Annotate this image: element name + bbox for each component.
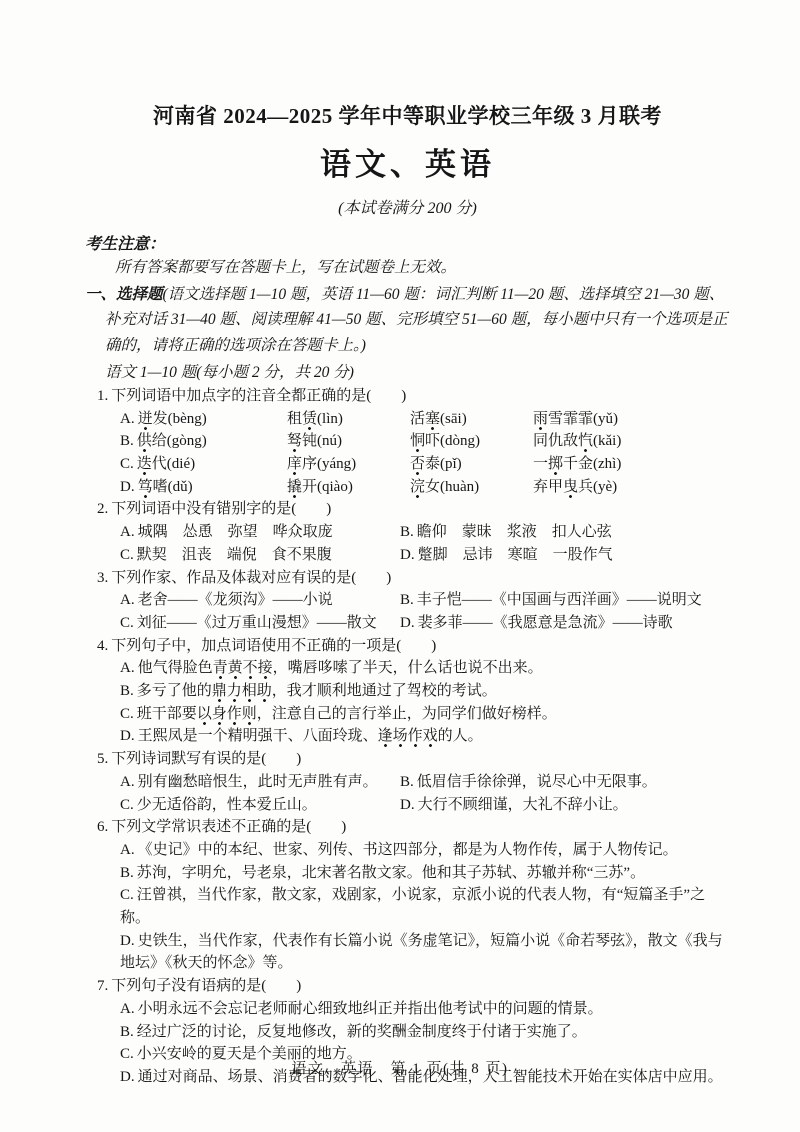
option-c: C.班干部要以身作则，注意自己的言行举止，为同学们做好榜样。: [85, 703, 730, 726]
option-label: B.: [400, 524, 414, 540]
option-row: A.迸发(bèng)租赁(lìn)活塞(sāi)雨雪霏霏(yǔ): [85, 408, 730, 431]
page-footer: 语文、英语 第 1 页(共 8 页): [0, 1058, 800, 1081]
emphasized-text: 赁: [302, 411, 317, 431]
text-run: 序(yáng): [302, 456, 356, 472]
option-c: C.少无适俗韵，性本爱丘山。: [120, 794, 400, 817]
question-stem: 5.下列诗词默写有误的是( ): [85, 748, 730, 771]
option-row: C.刘征——《过万重山漫想》——散文D.裴多菲——《我愿意是急流》——诗歌: [85, 612, 730, 635]
text-run: ，嘴唇哆嗦了半天，什么话也说不出来。: [273, 660, 543, 676]
exam-title: 河南省 2024—2025 学年中等职业学校三年级 3 月联考: [85, 103, 730, 129]
option-c: C.默契 沮丧 端倪 食不果腹: [120, 544, 400, 567]
option-label: C.: [120, 706, 134, 722]
text-run: 经过广泛的讨论，反复地修改，新的奖酬金制度终于付诸于实施了。: [137, 1024, 587, 1040]
option-label: B.: [120, 683, 134, 699]
text-run: 弃甲: [533, 479, 563, 495]
question-stem: 6.下列文学常识表述不正确的是( ): [85, 816, 730, 839]
emphasized-text: 青黄不接: [213, 660, 273, 680]
emphasized-text: 浣: [410, 479, 425, 499]
question-stem-text: 下列词语中加点字的注音全都正确的是( ): [111, 388, 406, 404]
text-run: 嗜(dǔ): [153, 479, 193, 495]
question-2: 2.下列词语中没有错别字的是( )A.城隅 怂恿 弥望 哗众取庞B.瞻仰 蒙昧 …: [85, 498, 730, 566]
emphasized-text: 撬: [287, 479, 302, 499]
option-a: A.小明永远不会忘记老师耐心细致地纠正并指出他考试中的问题的情景。: [85, 998, 730, 1021]
text-run: ，注意自己的言行举止，为同学们做好榜样。: [257, 706, 557, 722]
emphasized-text: 迭: [137, 456, 152, 476]
text-run: 苏洵，字明允，号老泉，北宋著名散文家。他和其子苏轼、苏辙并称“三苏”。: [137, 865, 645, 881]
option-label: D.: [120, 933, 135, 949]
option-row: A.老舍——《龙须沟》——小说B.丰子恺——《中国画与西洋画》——说明文: [85, 589, 730, 612]
subject-title: 语文、英语: [85, 145, 730, 185]
option-label: A.: [120, 660, 135, 676]
question-stem: 3.下列作家、作品及体裁对应有误的是( ): [85, 567, 730, 590]
text-run: 蹩脚 忌讳 寒暄 一股作气: [418, 547, 613, 563]
option-label: B.: [400, 774, 414, 790]
text-run: 泰(pǐ): [425, 456, 462, 472]
question-list: 1.下列词语中加点字的注音全都正确的是( )A.迸发(bèng)租赁(lìn)活…: [85, 385, 730, 1089]
question-4: 4.下列句子中，加点词语使用不正确的一项是( )A.他气得脸色青黄不接，嘴唇哆嗦…: [85, 635, 730, 749]
text-run: 千金(zhì): [563, 456, 621, 472]
option-d: D.大行不顾细谨，大礼不辞小让。: [400, 794, 730, 817]
question-number: 2.: [97, 501, 108, 517]
text-run: 低眉信手徐徐弹，说尽心中无限事。: [417, 774, 657, 790]
option-cell: 一掷千金(zhì): [533, 453, 730, 476]
emphasized-text: 忾: [578, 433, 593, 453]
question-stem-text: 下列句子中，加点词语使用不正确的一项是( ): [111, 638, 436, 654]
section-1-rules: (语文选择题 1—10 题，英语 11—60 题：词汇判断 11—20 题、选择…: [105, 286, 728, 354]
question-6: 6.下列文学常识表述不正确的是( )A.《史记》中的本纪、世家、列传、书这四部分…: [85, 816, 730, 975]
question-number: 7.: [97, 978, 108, 994]
question-stem-text: 下列句子没有语病的是( ): [111, 978, 301, 994]
option-cell: 庠序(yáng): [287, 453, 410, 476]
option-row: C.少无适俗韵，性本爱丘山。D.大行不顾细谨，大礼不辞小让。: [85, 794, 730, 817]
emphasized-text: 供: [137, 433, 152, 453]
text-run: 裴多菲——《我愿意是急流》——诗歌: [418, 615, 673, 631]
text-run: 给(gòng): [152, 433, 207, 449]
question-number: 3.: [97, 570, 108, 586]
option-label: C.: [120, 887, 134, 903]
text-run: (kǎi): [593, 433, 621, 449]
option-d: D.王熙凤是一个精明强干、八面玲珑、逢场作戏的人。: [85, 725, 730, 748]
option-a: A.他气得脸色青黄不接，嘴唇哆嗦了半天，什么话也说不出来。: [85, 657, 730, 680]
text-run: 同仇敌: [533, 433, 578, 449]
question-stem: 2.下列词语中没有错别字的是( ): [85, 498, 730, 521]
option-label: B.: [120, 433, 134, 449]
option-label: B.: [120, 865, 134, 881]
emphasized-text: 鼎力相助: [212, 683, 272, 703]
option-label: D.: [400, 797, 415, 813]
question-stem-text: 下列词语中没有错别字的是( ): [111, 501, 331, 517]
text-run: 活: [410, 411, 425, 427]
notice-heading: 考生注意：: [85, 233, 730, 256]
option-label: D.: [400, 615, 415, 631]
emphasized-text: 否: [410, 456, 425, 476]
emphasized-text: 驽: [287, 433, 302, 453]
option-label: A.: [120, 592, 135, 608]
text-run: 发(bèng): [153, 411, 207, 427]
question-stem-text: 下列作家、作品及体裁对应有误的是( ): [111, 570, 391, 586]
option-row: C.迭代(dié)庠序(yáng)否泰(pǐ)一掷千金(zhì): [85, 453, 730, 476]
text-run: 他气得脸色: [138, 660, 213, 676]
section-1-intro: 一、选择题(语文选择题 1—10 题，英语 11—60 题：词汇判断 11—20…: [85, 282, 730, 358]
exam-page: 河南省 2024—2025 学年中等职业学校三年级 3 月联考 语文、英语 (本…: [0, 0, 800, 1132]
option-cell: A.迸发(bèng): [120, 408, 287, 431]
emphasized-text: 迸: [138, 411, 153, 431]
option-cell: 弃甲曳兵(yè): [533, 476, 730, 499]
emphasized-text: 雨: [533, 411, 548, 431]
text-run: 《史记》中的本纪、世家、列传、书这四部分，都是为人物作传，属于人物传记。: [138, 842, 678, 858]
text-run: 一: [533, 456, 548, 472]
question-stem: 4.下列句子中，加点词语使用不正确的一项是( ): [85, 635, 730, 658]
option-label: A.: [120, 842, 135, 858]
option-label: A.: [120, 1001, 135, 1017]
option-cell: 同仇敌忾(kǎi): [533, 430, 730, 453]
option-cell: 否泰(pǐ): [410, 453, 533, 476]
option-b: B.多亏了他的鼎力相助，我才顺利地通过了驾校的考试。: [85, 680, 730, 703]
option-b: B.瞻仰 蒙昧 浆液 扣人心弦: [400, 521, 730, 544]
text-run: ，我才顺利地通过了驾校的考试。: [272, 683, 497, 699]
question-number: 5.: [97, 751, 108, 767]
emphasized-text: 以身作则: [197, 706, 257, 726]
option-label: A.: [120, 524, 135, 540]
text-run: 开(qiào): [302, 479, 353, 495]
emphasized-text: 塞: [425, 411, 440, 431]
option-b: B.经过广泛的讨论，反复地修改，新的奖酬金制度终于付诸于实施了。: [85, 1021, 730, 1044]
emphasized-text: 庠: [287, 456, 302, 476]
option-row: C.默契 沮丧 端倪 食不果腹D.蹩脚 忌讳 寒暄 一股作气: [85, 544, 730, 567]
option-label: C.: [120, 547, 134, 563]
text-run: 代(dié): [152, 456, 195, 472]
text-run: 王熙凤是一个精明强干、八面玲珑、: [138, 728, 378, 744]
question-stem: 7.下列句子没有语病的是( ): [85, 975, 730, 998]
emphasized-text: 曳: [563, 479, 578, 499]
emphasized-text: 逢场作戏: [378, 728, 438, 748]
option-d: D.裴多菲——《我愿意是急流》——诗歌: [400, 612, 730, 635]
notice-text: 所有答案都要写在答题卡上，写在试题卷上无效。: [85, 256, 730, 279]
text-run: 少无适俗韵，性本爱丘山。: [137, 797, 317, 813]
text-run: 默契 沮丧 端倪 食不果腹: [137, 547, 332, 563]
option-row: A.别有幽愁暗恨生，此时无声胜有声。B.低眉信手徐徐弹，说尽心中无限事。: [85, 771, 730, 794]
option-row: A.城隅 怂恿 弥望 哗众取庞B.瞻仰 蒙昧 浆液 扣人心弦: [85, 521, 730, 544]
text-run: 城隅 怂恿 弥望 哗众取庞: [138, 524, 333, 540]
option-label: A.: [120, 774, 135, 790]
option-c: C.汪曾祺，当代作家，散文家，戏剧家，小说家，京派小说的代表人物，有“短篇圣手”…: [85, 884, 730, 929]
emphasized-text: 掷: [548, 456, 563, 476]
option-a: A.城隅 怂恿 弥望 哗众取庞: [120, 521, 400, 544]
total-score-note: (本试卷满分 200 分): [85, 198, 730, 220]
option-label: D.: [120, 479, 135, 495]
option-a: A.别有幽愁暗恨生，此时无声胜有声。: [120, 771, 400, 794]
option-row: D.笃嗜(dǔ)撬开(qiào)浣女(huàn)弃甲曳兵(yè): [85, 476, 730, 499]
option-cell: 恫吓(dòng): [410, 430, 533, 453]
option-label: D.: [400, 547, 415, 563]
text-run: 的人。: [438, 728, 483, 744]
question-3: 3.下列作家、作品及体裁对应有误的是( )A.老舍——《龙须沟》——小说B.丰子…: [85, 567, 730, 635]
text-run: 史铁生，当代作家，代表作有长篇小说《务虚笔记》，短篇小说《命若琴弦》，散文《我与…: [120, 933, 723, 972]
option-d: D.史铁生，当代作家，代表作有长篇小说《务虚笔记》，短篇小说《命若琴弦》，散文《…: [85, 930, 730, 975]
text-run: 班干部要: [137, 706, 197, 722]
option-cell: 撬开(qiào): [287, 476, 410, 499]
option-b: B.苏洵，字明允，号老泉，北宋著名散文家。他和其子苏轼、苏辙并称“三苏”。: [85, 862, 730, 885]
question-stem: 1.下列词语中加点字的注音全都正确的是( ): [85, 385, 730, 408]
option-label: B.: [120, 1024, 134, 1040]
text-run: 钝(nú): [302, 433, 342, 449]
option-d: D.蹩脚 忌讳 寒暄 一股作气: [400, 544, 730, 567]
option-cell: 雨雪霏霏(yǔ): [533, 408, 730, 431]
option-cell: C.迭代(dié): [120, 453, 287, 476]
text-run: 雪霏霏(yǔ): [548, 411, 618, 427]
option-label: B.: [400, 592, 414, 608]
text-run: 大行不顾细谨，大礼不辞小让。: [418, 797, 628, 813]
option-cell: 浣女(huàn): [410, 476, 533, 499]
option-c: C.刘征——《过万重山漫想》——散文: [120, 612, 400, 635]
option-row: B.供给(gòng)驽钝(nú)恫吓(dòng)同仇敌忾(kǎi): [85, 430, 730, 453]
text-run: 租: [287, 411, 302, 427]
text-run: 吓(dòng): [425, 433, 480, 449]
option-cell: B.供给(gòng): [120, 430, 287, 453]
text-run: 刘征——《过万重山漫想》——散文: [137, 615, 377, 631]
option-a: A.老舍——《龙须沟》——小说: [120, 589, 400, 612]
text-run: 小明永远不会忘记老师耐心细致地纠正并指出他考试中的问题的情景。: [138, 1001, 603, 1017]
option-b: B.低眉信手徐徐弹，说尽心中无限事。: [400, 771, 730, 794]
section-1-heading: 一、选择题: [85, 286, 163, 303]
text-run: 瞻仰 蒙昧 浆液 扣人心弦: [417, 524, 612, 540]
question-number: 1.: [97, 388, 108, 404]
question-number: 4.: [97, 638, 108, 654]
chinese-part-note: 语文 1—10 题(每小题 2 分，共 20 分): [85, 361, 730, 384]
question-5: 5.下列诗词默写有误的是( )A.别有幽愁暗恨生，此时无声胜有声。B.低眉信手徐…: [85, 748, 730, 816]
text-run: 女(huàn): [425, 479, 479, 495]
text-run: 别有幽愁暗恨生，此时无声胜有声。: [138, 774, 378, 790]
option-b: B.丰子恺——《中国画与西洋画》——说明文: [400, 589, 730, 612]
emphasized-text: 恫: [410, 433, 425, 453]
text-run: 老舍——《龙须沟》——小说: [138, 592, 333, 608]
option-cell: 活塞(sāi): [410, 408, 533, 431]
text-run: 丰子恺——《中国画与西洋画》——说明文: [417, 592, 702, 608]
question-stem-text: 下列诗词默写有误的是( ): [111, 751, 301, 767]
question-number: 6.: [97, 819, 108, 835]
text-run: 多亏了他的: [137, 683, 212, 699]
text-run: (lìn): [317, 411, 343, 427]
emphasized-text: 笃: [138, 479, 153, 499]
text-run: 汪曾祺，当代作家，散文家，戏剧家，小说家，京派小说的代表人物，有“短篇圣手”之称…: [120, 887, 705, 926]
option-label: C.: [120, 456, 134, 472]
text-run: 兵(yè): [578, 479, 617, 495]
option-cell: D.笃嗜(dǔ): [120, 476, 287, 499]
option-label: C.: [120, 797, 134, 813]
option-cell: 驽钝(nú): [287, 430, 410, 453]
option-label: D.: [120, 728, 135, 744]
question-stem-text: 下列文学常识表述不正确的是( ): [111, 819, 346, 835]
option-a: A.《史记》中的本纪、世家、列传、书这四部分，都是为人物作传，属于人物传记。: [85, 839, 730, 862]
option-label: A.: [120, 411, 135, 427]
option-cell: 租赁(lìn): [287, 408, 410, 431]
question-1: 1.下列词语中加点字的注音全都正确的是( )A.迸发(bèng)租赁(lìn)活…: [85, 385, 730, 499]
option-label: C.: [120, 615, 134, 631]
text-run: (sāi): [440, 411, 467, 427]
